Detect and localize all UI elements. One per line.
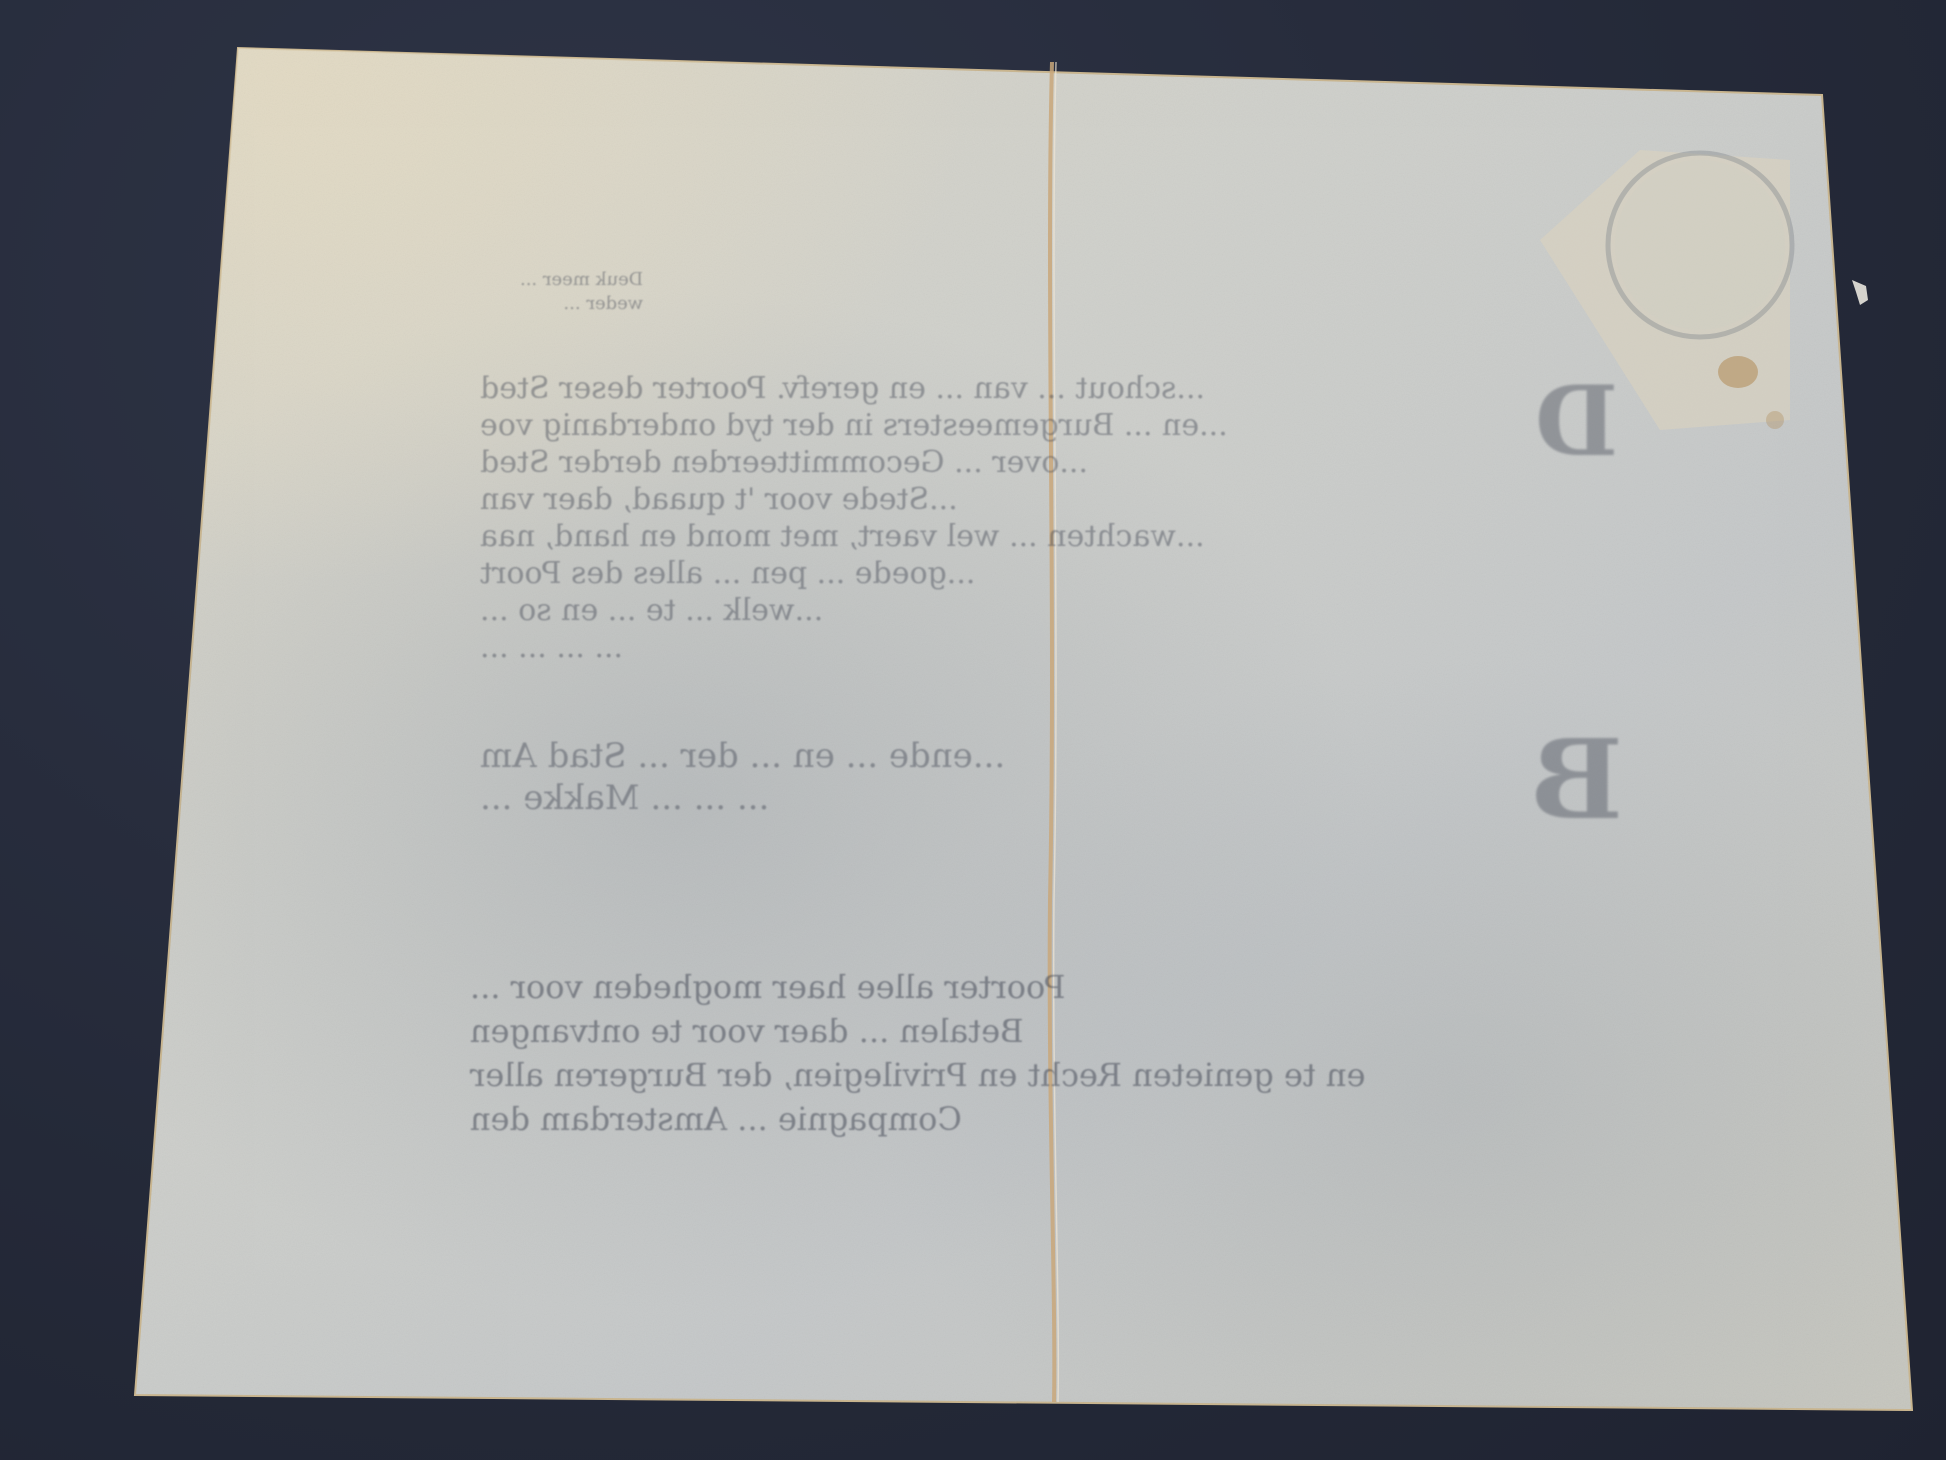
text-line: ...over ... Gecommitteerden derder Sted (480, 444, 1610, 481)
show-through-paragraph-3: Poorter allee haer mogheden voor ... Bet… (470, 965, 1640, 1141)
header-small-text: Deuk meer ... weder ... (520, 268, 643, 316)
show-through-paragraph-1: ...schout ... van ... en gerefv. Poorter… (480, 370, 1610, 666)
text-line: ...wachten ... wel vaert, met mond en ha… (480, 518, 1610, 555)
text-line: ... ... ... ... (480, 629, 1610, 666)
text-line: ... ... ... Makke ... (480, 777, 1510, 819)
header-line: Deuk meer ... (520, 268, 643, 292)
text-line: Poorter allee haer mogheden voor ... (470, 965, 1640, 1009)
text-line: en te genieten Recht en Privilegien, der… (470, 1053, 1640, 1097)
text-line: ...schout ... van ... en gerefv. Poorter… (480, 370, 1610, 407)
block2-initial-letter: B (1530, 715, 1623, 844)
photo-scene: Deuk meer ... weder ... D ...schout ... … (0, 0, 1946, 1460)
text-line: ...Stede voor 't quaad, daer van (480, 481, 1610, 518)
header-line: weder ... (520, 292, 643, 316)
text-line: ...ende ... en ... der ... Stad Am (480, 735, 1510, 777)
text-line: ...welk ... te ... en so ... (480, 592, 1610, 629)
text-line: ...goede ... pen ... alles des Poort (480, 555, 1610, 592)
text-line: Betalen ... daer voor te ontvangen (470, 1009, 1640, 1053)
torn-paper-fragment (1852, 280, 1868, 305)
paper-sheet (0, 0, 1946, 1460)
text-line: Compagnie ... Amsterdam den (470, 1097, 1640, 1141)
text-line: ...en ... Burgemeesters in der tyd onder… (480, 407, 1610, 444)
show-through-paragraph-2: ...ende ... en ... der ... Stad Am ... .… (480, 735, 1510, 819)
